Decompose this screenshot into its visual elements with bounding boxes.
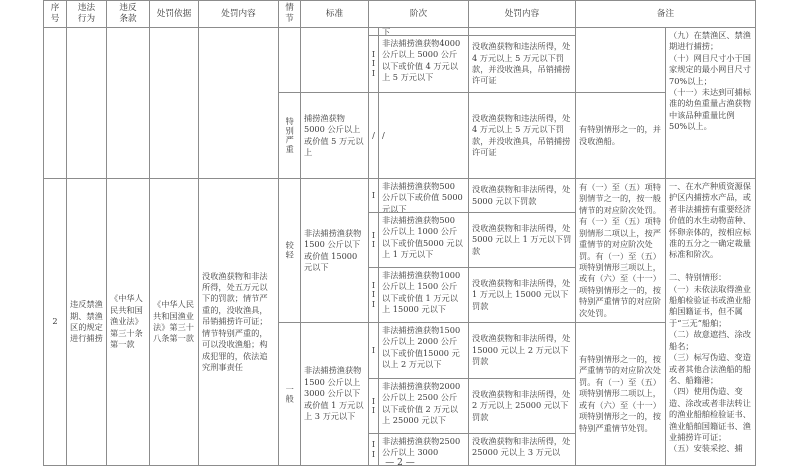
s2-light-iii-level: 非法捕捞渔获物1000 公斤以上 1500 公斤以下或价值 1 万元以上 150… <box>378 267 469 323</box>
s1-iii-note <box>575 27 666 93</box>
s2-clause: 《中华人民共和国渔业法》第三十条第一款 <box>106 178 150 466</box>
s2-general-i-penalty: 没收渔获物和非法所得，处 15000 元以上 2 万元以下罚款 <box>468 322 576 379</box>
s2-remarks-right: 一、在水产种质资源保护区内捕捞水产品，或者非法捕捞有重要经济价值的水生动物苗种、… <box>665 178 756 466</box>
header-standard: 标准 <box>300 0 369 28</box>
s1-severe-note: 有特别情形之一的，并没收渔船。 <box>575 92 666 179</box>
s1-severe-circumstance: 特别严重 <box>278 92 301 179</box>
s2-light-i-penalty: 没收渔获物和非法所得，处 5000 元以下罚款 <box>468 178 576 213</box>
s2-general-ii-penalty: 没收渔获物和非法所得，处 2 万元以上 25000 元以下罚款 <box>468 378 576 434</box>
s1-standard-serious <box>300 27 369 93</box>
s2-penalty: 没收渔获物和非法所得，处五万元以下的罚款；情节严重的，没收渔具，吊销捕捞许可证；… <box>198 178 279 466</box>
s1-severe-standard: 捕捞渔获物5000 公斤以上或价值 5 万元以上 <box>300 92 369 179</box>
s1-severe-penalty: 没收渔获物和违法所得，处 4 万元以上 5 万元以下罚款，并没收渔具，吊销捕捞许… <box>468 92 576 179</box>
header-penalty: 处罚内容 <box>198 0 279 28</box>
s1-clause <box>106 27 150 179</box>
header-clause: 违反 条款 <box>106 0 150 28</box>
document-page: 序 号 违法 行为 违反 条款 处罚依据 处罚内容 情 节 标准 阶次 处罚内容… <box>0 0 800 474</box>
s2-general-ii-level: 非法捕捞渔获物2000 公斤以上 2500 公斤以下或价值 2 万元以上 250… <box>378 378 469 434</box>
s1-seq <box>43 27 67 179</box>
s2-light-i-level: 非法捕捞渔获物500 公斤以下或价值 5000 元以下 <box>378 178 469 213</box>
s2-light-iii-penalty: 没收渔获物和非法所得，处 1 万元以上 15000 元以下罚款 <box>468 267 576 323</box>
header-basis: 处罚依据 <box>149 0 199 28</box>
s1-iii-level: 非法捕捞渔获物4000 公斤以上 5000 公斤以下或价值 4 万元以上 5 万… <box>378 35 469 93</box>
s1-violation <box>66 27 107 179</box>
s1-penalty <box>198 27 279 179</box>
header-seq: 序 号 <box>43 0 67 28</box>
header-circumstance: 情 节 <box>278 0 301 28</box>
s2-basis: 《中华人民共和国渔业法》第三十八条第一款 <box>149 178 199 466</box>
s2-general-circumstance: 一般 <box>278 322 301 466</box>
s2-general-standard: 非法捕捞渔获物 1500 公斤以上 3000 公斤以下或价值 1 万元以上 3 … <box>300 322 369 466</box>
s2-light-ii-penalty: 没收渔获物和非法所得，处 5000 元以上 1 万元以下罚款 <box>468 212 576 268</box>
header-violation: 违法 行为 <box>66 0 107 28</box>
s1-circumstance-serious <box>278 27 301 93</box>
header-level: 阶次 <box>368 0 469 28</box>
page-number: — 2 — <box>0 458 800 468</box>
s2-seq: 2 <box>43 178 67 466</box>
s2-light-note: 有（一）至（五）项特别情节之一的，按一般情节的对应阶次处罚。有（一）至（五）项特… <box>575 178 666 323</box>
s1-remarks-right: （九）在禁渔区、禁渔期进行捕捞； （十）网目尺寸小于国家规定的最小网目尺寸 70… <box>665 27 756 179</box>
header-remarks: 备注 <box>575 0 756 28</box>
s2-light-circumstance: 较轻 <box>278 178 301 323</box>
header-level-penalty: 处罚内容 <box>468 0 576 28</box>
s1-severe-level: / <box>378 92 469 179</box>
s2-general-note: 有特别情形之一的，按严重情节的对应阶次处罚。有（一）至（五）项特别情形二项以上，… <box>575 322 666 466</box>
s2-general-i-level: 非法捕捞渔获物1500 公斤以上 2000 公斤以下或价值15000 元以上 2… <box>378 322 469 379</box>
s2-violation: 违反禁渔期、禁渔区的规定进行捕捞 <box>66 178 107 466</box>
s1-iii-penalty: 没收渔获物和违法所得，处 4 万元以上 5 万元以下罚款，并没收渔具，吊销捕捞许… <box>468 35 576 93</box>
s2-light-standard: 非法捕捞渔获物 1500 公斤以下或价值 15000 元以下 <box>300 178 369 323</box>
s2-light-ii-level: 非法捕捞渔获物500 公斤以上 1000 公斤以下或价值5000 元以上 1 万… <box>378 212 469 268</box>
s1-basis <box>149 27 199 179</box>
